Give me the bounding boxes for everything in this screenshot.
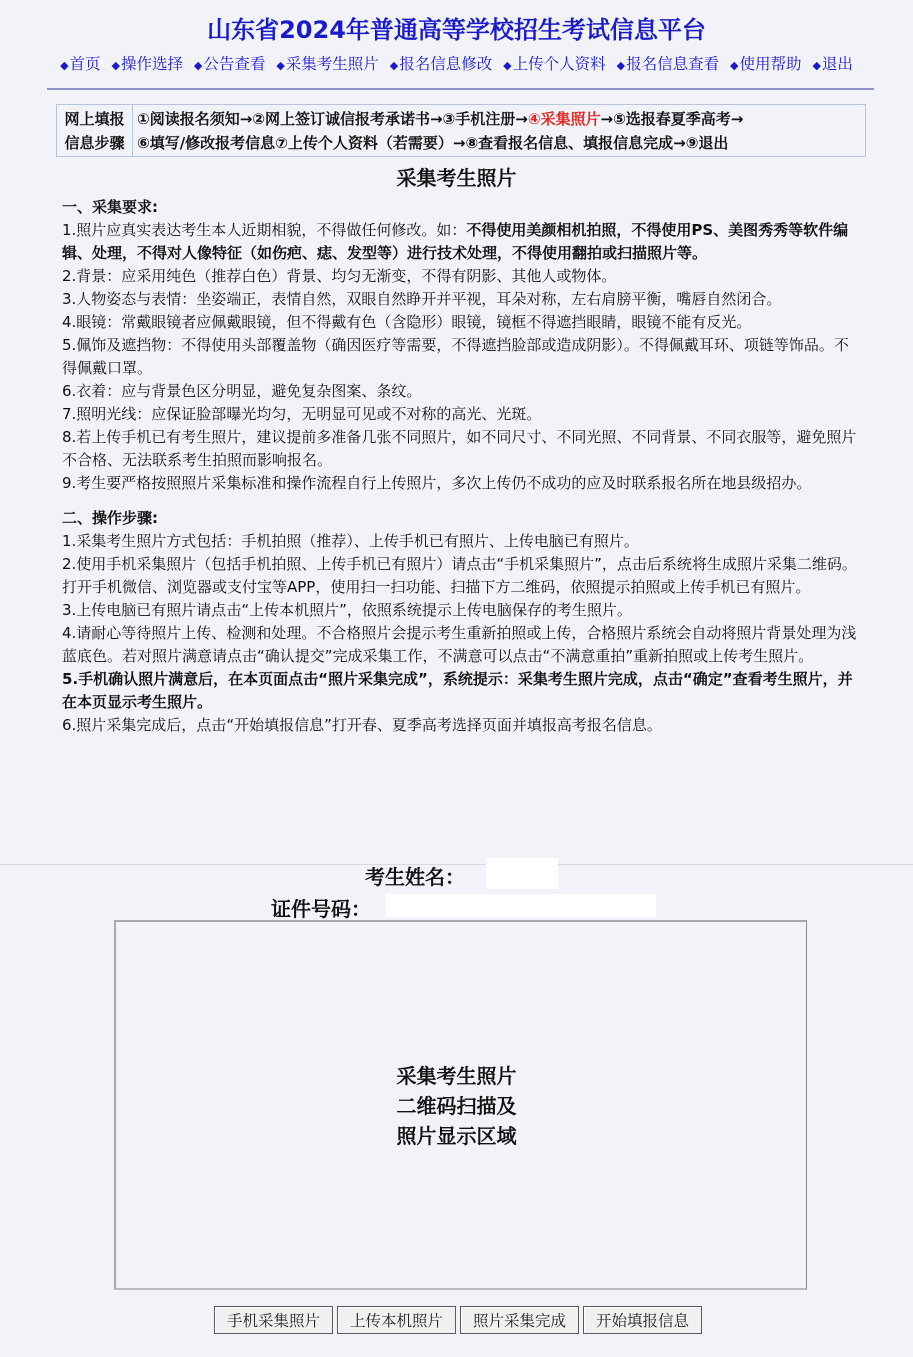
requirement-item: 2.背景：应采用纯色（推荐白色）背景、均匀无渐变，不得有阴影、其他人或物体。 xyxy=(62,265,862,288)
steps-label: 网上填报 信息步骤 xyxy=(57,105,133,156)
requirement-item: 5.佩饰及遮挡物：不得使用头部覆盖物（确因医疗等需要，不得遮挡脸部或造成阴影）。… xyxy=(62,334,862,380)
page-title: 采集考生照片 xyxy=(0,162,913,191)
id-number-row: 证件号码： xyxy=(271,893,371,922)
step-item: 1.采集考生照片方式包括：手机拍照（推荐）、上传手机已有照片、上传电脑已有照片。 xyxy=(62,530,862,553)
id-number-value xyxy=(386,894,656,917)
diamond-bullet-icon: ◆ xyxy=(390,59,398,72)
nav-help[interactable]: ◆使用帮助 xyxy=(730,55,801,73)
id-number-label: 证件号码： xyxy=(271,893,371,922)
diamond-bullet-icon: ◆ xyxy=(276,59,284,72)
candidate-name-row: 考生姓名： xyxy=(365,861,465,890)
current-step: ④采集照片 xyxy=(528,110,601,128)
diamond-bullet-icon: ◆ xyxy=(194,59,202,72)
diamond-bullet-icon: ◆ xyxy=(503,59,511,72)
nav-operation-select[interactable]: ◆操作选择 xyxy=(111,55,182,73)
diamond-bullet-icon: ◆ xyxy=(617,59,625,72)
page: 山东省2024年普通高等学校招生考试信息平台 ◆首页 ◆操作选择 ◆公告查看 ◆… xyxy=(0,0,913,1357)
section-heading-requirements: 一、采集要求: xyxy=(62,196,862,219)
step-item-important: 5.手机确认照片满意后，在本页面点击“照片采集完成”，系统提示：采集考生照片完成… xyxy=(62,668,862,714)
steps-flow: ①阅读报名须知→②网上签订诚信报考承诺书→③手机注册→④采集照片→⑤选报春夏季高… xyxy=(133,105,865,156)
top-nav: ◆首页 ◆操作选择 ◆公告查看 ◆采集考生照片 ◆报名信息修改 ◆上传个人资料 … xyxy=(0,52,913,74)
step-item: 3.上传电脑已有照片请点击“上传本机照片”，依照系统提示上传电脑保存的考生照片。 xyxy=(62,599,862,622)
step-item: 2.使用手机采集照片（包括手机拍照、上传手机已有照片）请点击“手机采集照片”，点… xyxy=(62,553,862,599)
nav-upload-documents[interactable]: ◆上传个人资料 xyxy=(503,55,605,73)
nav-logout[interactable]: ◆退出 xyxy=(812,55,852,73)
spacer xyxy=(62,495,862,507)
section-heading-steps: 二、操作步骤: xyxy=(62,507,862,530)
requirement-item: 1.照片应真实表达考生本人近期相貌，不得做任何修改。如：不得使用美颜相机拍照，不… xyxy=(62,219,862,265)
steps-line-2: ⑥填写/修改报考信息⑦上传个人资料（若需要）→⑧查看报名信息、填报信息完成→⑨退… xyxy=(137,131,865,155)
nav-announcements[interactable]: ◆公告查看 xyxy=(194,55,265,73)
nav-edit-registration[interactable]: ◆报名信息修改 xyxy=(390,55,492,73)
photo-area-placeholder: 采集考生照片 二维码扫描及 照片显示区域 xyxy=(0,1061,913,1151)
diamond-bullet-icon: ◆ xyxy=(730,59,738,72)
candidate-name-value xyxy=(486,858,558,889)
mobile-capture-button[interactable]: 手机采集照片 xyxy=(214,1306,333,1334)
start-filling-button[interactable]: 开始填报信息 xyxy=(583,1306,702,1334)
action-buttons: 手机采集照片 上传本机照片 照片采集完成 开始填报信息 xyxy=(214,1306,702,1334)
diamond-bullet-icon: ◆ xyxy=(812,59,820,72)
capture-complete-button[interactable]: 照片采集完成 xyxy=(460,1306,579,1334)
site-title: 山东省2024年普通高等学校招生考试信息平台 xyxy=(0,10,913,45)
requirement-item: 9.考生要严格按照照片采集标准和操作流程自行上传照片，多次上传仍不成功的应及时联… xyxy=(62,472,862,495)
candidate-name-label: 考生姓名： xyxy=(365,861,465,890)
steps-panel: 网上填报 信息步骤 ①阅读报名须知→②网上签订诚信报考承诺书→③手机注册→④采集… xyxy=(56,104,866,157)
nav-home[interactable]: ◆首页 xyxy=(60,55,100,73)
step-item: 6.照片采集完成后，点击“开始填报信息”打开春、夏季高考选择页面并填报高考报名信… xyxy=(62,714,862,737)
steps-line-1: ①阅读报名须知→②网上签订诚信报考承诺书→③手机注册→④采集照片→⑤选报春夏季高… xyxy=(137,107,865,131)
header-divider xyxy=(47,88,874,90)
diamond-bullet-icon: ◆ xyxy=(60,59,68,72)
requirement-item: 3.人物姿态与表情：坐姿端正，表情自然，双眼自然睁开并平视，耳朵对称，左右肩膀平… xyxy=(62,288,862,311)
nav-capture-photo[interactable]: ◆采集考生照片 xyxy=(276,55,378,73)
instructions: 一、采集要求: 1.照片应真实表达考生本人近期相貌，不得做任何修改。如：不得使用… xyxy=(62,196,862,737)
step-item: 4.请耐心等待照片上传、检测和处理。不合格照片会提示考生重新拍照或上传，合格照片… xyxy=(62,622,862,668)
requirement-item: 4.眼镜：常戴眼镜者应佩戴眼镜，但不得戴有色（含隐形）眼镜，镜框不得遮挡眼睛，眼… xyxy=(62,311,862,334)
requirement-item: 8.若上传手机已有考生照片，建议提前多准备几张不同照片，如不同尺寸、不同光照、不… xyxy=(62,426,862,472)
nav-view-registration[interactable]: ◆报名信息查看 xyxy=(617,55,719,73)
diamond-bullet-icon: ◆ xyxy=(111,59,119,72)
upload-local-photo-button[interactable]: 上传本机照片 xyxy=(337,1306,456,1334)
requirement-item: 7.照明光线：应保证脸部曝光均匀，无明显可见或不对称的高光、光斑。 xyxy=(62,403,862,426)
requirement-item: 6.衣着：应与背景色区分明显，避免复杂图案、条纹。 xyxy=(62,380,862,403)
